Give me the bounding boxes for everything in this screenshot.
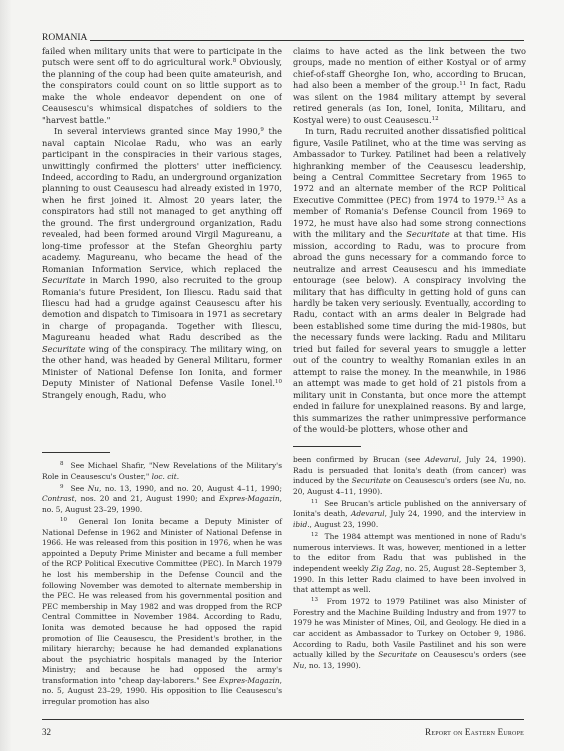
running-header: ROMANIA (42, 29, 524, 43)
left-body-text: failed when military units that were to … (42, 46, 282, 446)
footnote-8: 8 See Michael Shafir, "New Revelations o… (42, 461, 282, 482)
section-title: ROMANIA (42, 33, 90, 43)
journal-title: Report on Eastern Europe (425, 727, 524, 737)
footnote-11: 11 See Brucan's article published on the… (293, 499, 526, 531)
footnote-10-continuation: been confirmed by Brucan (see Adevarul, … (293, 455, 526, 497)
footer-rule (42, 719, 524, 720)
paragraph: claims to have acted as the link between… (293, 46, 526, 126)
page-number: 32 (42, 727, 51, 737)
right-body-text: claims to have acted as the link between… (293, 46, 526, 440)
right-column: claims to have acted as the link between… (293, 46, 526, 673)
footnote-ref: 8 (233, 58, 237, 64)
document-page: ROMANIA failed when military units that … (0, 0, 564, 751)
footnote-13: 13 From 1972 to 1979 Patilinet was also … (293, 597, 526, 671)
paragraph: In turn, Radu recruited another dissatis… (293, 126, 526, 435)
running-footer: 32 Report on Eastern Europe (42, 727, 524, 737)
left-footnotes: 8 See Michael Shafir, "New Revelations o… (42, 461, 282, 708)
paragraph: In several interviews granted since May … (42, 126, 282, 401)
footnote-12: 12 The 1984 attempt was mentioned in non… (293, 532, 526, 596)
footnote-ref: 10 (275, 379, 282, 385)
header-rule (90, 40, 524, 41)
footnote-rule (42, 452, 110, 453)
footnote-ref: 12 (432, 116, 439, 122)
footnote-ref: 9 (260, 127, 264, 133)
footnote-rule (293, 446, 361, 447)
left-column: failed when military units that were to … (42, 46, 282, 709)
footnote-10: 10 General Ion Ionita became a Deputy Mi… (42, 517, 282, 708)
paragraph: failed when military units that were to … (42, 46, 282, 126)
right-footnotes: been confirmed by Brucan (see Adevarul, … (293, 455, 526, 671)
footnote-9: 9 See Nu, no. 13, 1990, and no. 20, Augu… (42, 484, 282, 516)
